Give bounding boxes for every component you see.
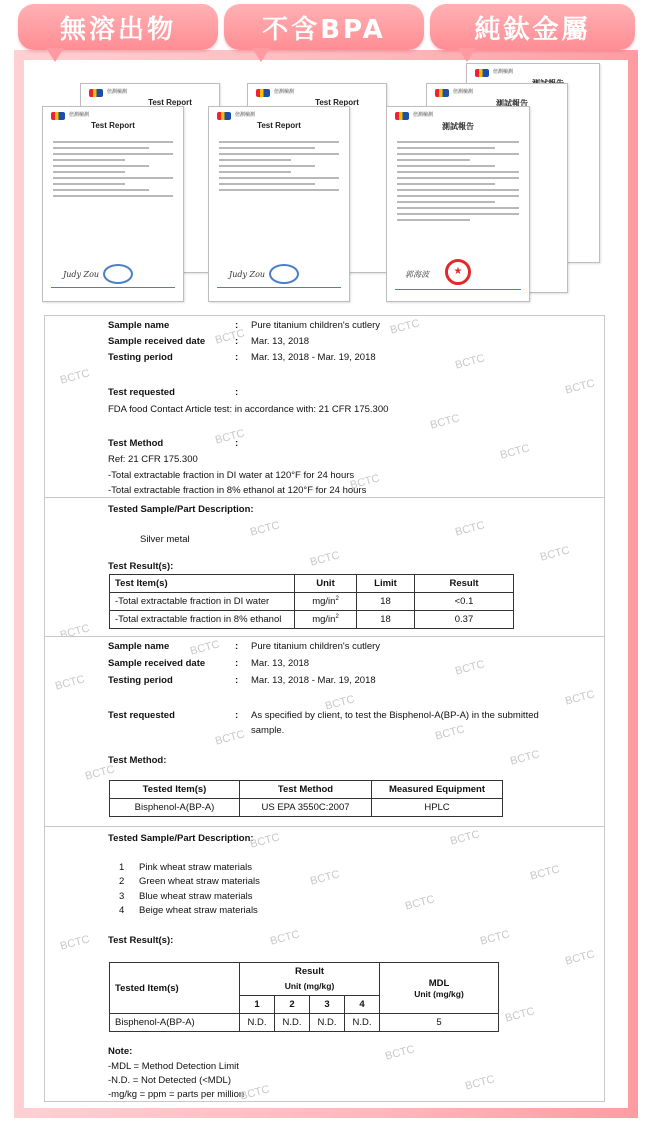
watermark: BCTC bbox=[564, 948, 596, 967]
banner-no-leachables: 無溶出物 bbox=[18, 4, 218, 50]
thumb-title: Test Report bbox=[209, 121, 349, 130]
description-label: Tested Sample/Part Description: bbox=[108, 503, 254, 516]
bctc-logo-icon bbox=[395, 112, 409, 120]
red-stamp-icon: ★ bbox=[445, 259, 471, 285]
watermark: BCTC bbox=[249, 519, 281, 538]
fda-report-header: Sample name:Pure titanium children's cut… bbox=[44, 315, 605, 498]
test-method-row: Test Method: bbox=[108, 437, 251, 450]
material-item: 1Pink wheat straw materials bbox=[119, 861, 252, 874]
table-row: -Total extractable fraction in DI water … bbox=[110, 593, 514, 611]
note-line: -MDL = Method Detection Limit bbox=[108, 1060, 239, 1073]
watermark: BCTC bbox=[509, 748, 541, 767]
bpa-method-table: Tested Item(s) Test Method Measured Equi… bbox=[109, 780, 503, 817]
watermark: BCTC bbox=[269, 928, 301, 947]
bctc-logo-icon bbox=[217, 112, 231, 120]
watermark: BCTC bbox=[449, 828, 481, 847]
watermark: BCTC bbox=[464, 1073, 496, 1092]
watermark: BCTC bbox=[529, 863, 561, 882]
blue-stamp-icon bbox=[103, 264, 133, 284]
watermark: BCTC bbox=[454, 658, 486, 677]
logo-text: 倍測檢測 bbox=[69, 111, 89, 118]
fda-results-table: Test Item(s) Unit Limit Result -Total ex… bbox=[109, 574, 514, 629]
table-header-row: Test Item(s) Unit Limit Result bbox=[110, 575, 514, 593]
watermark: BCTC bbox=[404, 893, 436, 912]
watermark: BCTC bbox=[539, 544, 571, 563]
logo-text: 倍測檢測 bbox=[493, 68, 513, 75]
watermark: BCTC bbox=[389, 317, 421, 336]
bctc-logo-icon bbox=[51, 112, 65, 120]
material-item: 4Beige wheat straw materials bbox=[119, 904, 258, 917]
signature: 郭海波 bbox=[405, 269, 429, 280]
watermark: BCTC bbox=[434, 723, 466, 742]
description-text: Silver metal bbox=[140, 533, 190, 546]
bpa-report-header: Sample name:Pure titanium children's cut… bbox=[44, 636, 605, 827]
note-label: Note: bbox=[108, 1045, 132, 1058]
signature: Judy Zou bbox=[63, 270, 99, 279]
method-ref: Ref: 21 CFR 175.300 bbox=[108, 453, 198, 466]
signature: Judy Zou bbox=[229, 270, 265, 279]
received-date-row: Sample received date:Mar. 13, 2018 bbox=[108, 657, 309, 670]
watermark: BCTC bbox=[214, 728, 246, 747]
watermark: BCTC bbox=[504, 1005, 536, 1024]
sample-name-row: Sample name:Pure titanium children's cut… bbox=[108, 640, 380, 653]
watermark: BCTC bbox=[429, 412, 461, 431]
bctc-logo-icon bbox=[475, 69, 489, 77]
logo-text: 倍測檢測 bbox=[453, 88, 473, 95]
test-requested-row: Test requested: bbox=[108, 386, 251, 399]
results-label: Test Result(s): bbox=[108, 934, 173, 947]
material-item: 3Blue wheat straw materials bbox=[119, 890, 253, 903]
testing-period-row: Testing period:Mar. 13, 2018 - Mar. 19, … bbox=[108, 351, 376, 364]
watermark: BCTC bbox=[499, 442, 531, 461]
note-line: -mg/kg = ppm = parts per million bbox=[108, 1088, 244, 1101]
received-date-row: Sample received date:Mar. 13, 2018 bbox=[108, 335, 309, 348]
bpa-report-results: Tested Sample/Part Description: 1Pink wh… bbox=[44, 826, 605, 1102]
thumb-title: 測試報告 bbox=[387, 121, 529, 132]
blue-stamp-icon bbox=[269, 264, 299, 284]
logo-text: 倍測檢測 bbox=[235, 111, 255, 118]
logo-text: 倍測檢測 bbox=[107, 88, 127, 95]
report-thumb-cn-front: 倍測檢測 測試報告 ★ 郭海波 bbox=[386, 106, 530, 302]
watermark: BCTC bbox=[249, 831, 281, 850]
watermark: BCTC bbox=[309, 868, 341, 887]
method-line-1: -Total extractable fraction in DI water … bbox=[108, 469, 354, 482]
bctc-logo-icon bbox=[256, 89, 270, 97]
report-thumb-front-1: 倍測檢測 Test Report Judy Zou bbox=[42, 106, 184, 302]
watermark: BCTC bbox=[384, 1043, 416, 1062]
test-requested-line-2: sample. bbox=[251, 724, 284, 737]
bctc-logo-icon bbox=[435, 89, 449, 97]
fda-report-results: Tested Sample/Part Description: Silver m… bbox=[44, 497, 605, 637]
thumb-title: Test Report bbox=[43, 121, 183, 130]
footer-line bbox=[217, 287, 341, 288]
bctc-logo-icon bbox=[89, 89, 103, 97]
watermark: BCTC bbox=[454, 352, 486, 371]
test-requested-text: FDA food Contact Article test: in accord… bbox=[108, 403, 388, 416]
table-row: Bisphenol-A(BP-A) N.D. N.D. N.D. N.D. 5 bbox=[110, 1014, 499, 1032]
method-label: Test Method: bbox=[108, 754, 166, 767]
watermark: BCTC bbox=[59, 933, 91, 952]
method-line-2: -Total extractable fraction in 8% ethano… bbox=[108, 484, 366, 497]
watermark: BCTC bbox=[479, 928, 511, 947]
banner-bpa-free: 不含BPA bbox=[224, 4, 424, 50]
watermark: BCTC bbox=[59, 367, 91, 386]
watermark: BCTC bbox=[54, 673, 86, 692]
testing-period-row: Testing period:Mar. 13, 2018 - Mar. 19, … bbox=[108, 674, 376, 687]
table-row: Bisphenol-A(BP-A) US EPA 3550C:2007 HPLC bbox=[110, 799, 503, 817]
bpa-results-table: Tested Item(s) Result Unit (mg/kg) MDL U… bbox=[109, 962, 499, 1032]
banner-pure-titanium: 純鈦金屬 bbox=[430, 4, 635, 50]
table-header-row: Tested Item(s) Test Method Measured Equi… bbox=[110, 781, 503, 799]
report-thumb-front-2: 倍測檢測 Test Report Judy Zou bbox=[208, 106, 350, 302]
watermark: BCTC bbox=[564, 377, 596, 396]
watermark: BCTC bbox=[454, 519, 486, 538]
sample-name-row: Sample name:Pure titanium children's cut… bbox=[108, 319, 380, 332]
logo-text: 倍測檢測 bbox=[413, 111, 433, 118]
footer-line bbox=[51, 287, 175, 288]
watermark: BCTC bbox=[309, 549, 341, 568]
material-item: 2Green wheat straw materials bbox=[119, 875, 260, 888]
description-label: Tested Sample/Part Description: bbox=[108, 832, 254, 845]
footer-line bbox=[395, 289, 521, 290]
watermark: BCTC bbox=[564, 688, 596, 707]
table-row: -Total extractable fraction in 8% ethano… bbox=[110, 611, 514, 629]
test-requested-row: Test requested:As specified by client, t… bbox=[108, 709, 539, 722]
results-label: Test Result(s): bbox=[108, 560, 173, 573]
table-header-row: Tested Item(s) Result Unit (mg/kg) MDL U… bbox=[110, 963, 499, 996]
note-line: -N.D. = Not Detected (<MDL) bbox=[108, 1074, 231, 1087]
logo-text: 倍測檢測 bbox=[274, 88, 294, 95]
